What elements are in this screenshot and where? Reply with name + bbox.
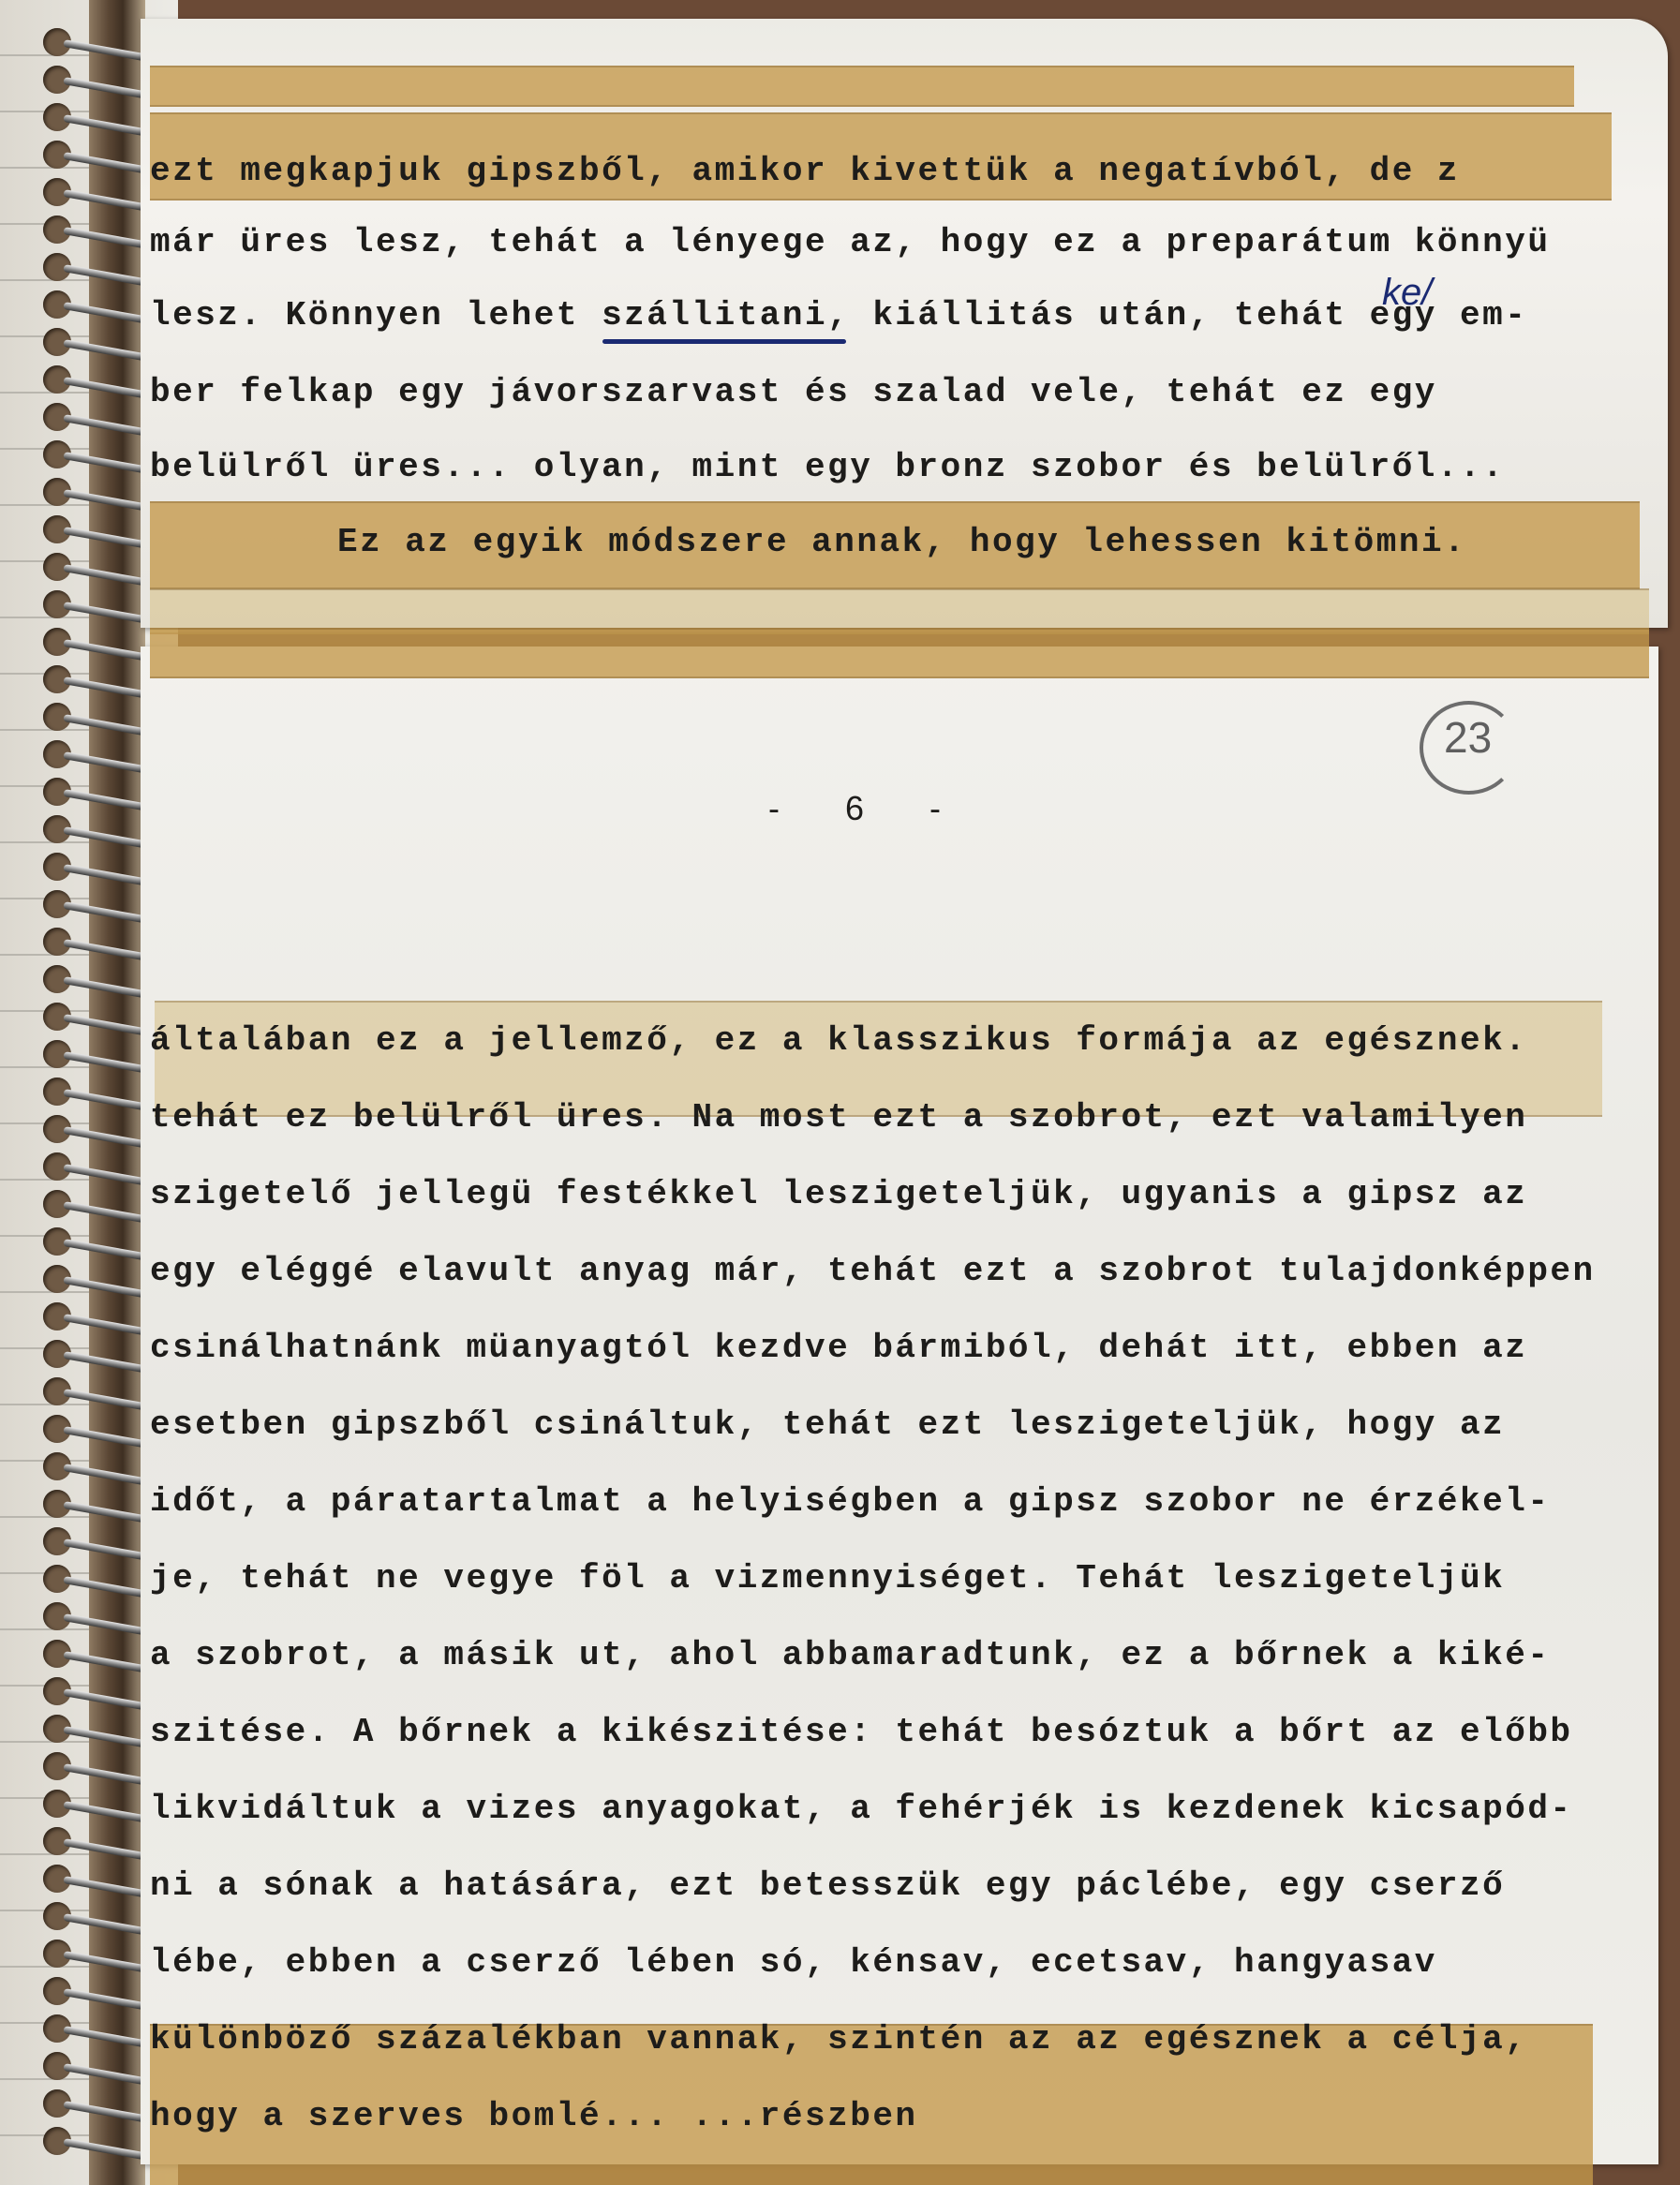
typed-line: ni a sónak a hatására, ezt betesszük egy… <box>150 1866 1505 1905</box>
typed-line: a szobrot, a másik ut, ahol abbamaradtun… <box>150 1636 1550 1674</box>
pencil-page-annotation: 23 <box>1420 701 1518 795</box>
typed-line: je, tehát ne vegye föl a vizmennyiséget.… <box>150 1559 1505 1598</box>
typed-line: ber felkap egy jávorszarvast és szalad v… <box>150 373 1437 411</box>
typed-line: időt, a páratartalmat a helyiségben a gi… <box>150 1482 1550 1521</box>
pen-insertion-mark: ke/ <box>1382 272 1432 314</box>
typed-line: ezt megkapjuk gipszből, amikor kivettük … <box>150 152 1460 190</box>
tape-strip <box>150 66 1574 107</box>
typed-line: esetben gipszből csináltuk, tehát ezt le… <box>150 1405 1505 1444</box>
typed-line: általában ez a jellemző, ez a klasszikus… <box>150 1021 1527 1060</box>
page-number: - 6 - <box>768 789 969 828</box>
typed-line: szitése. A bőrnek a kikészitése: tehát b… <box>150 1713 1573 1751</box>
typed-line: tehát ez belülről üres. Na most ezt a sz… <box>150 1098 1527 1137</box>
typed-line-indented: Ez az egyik módszere annak, hogy lehesse… <box>337 523 1466 561</box>
typed-line: már üres lesz, tehát a lényege az, hogy … <box>150 223 1550 261</box>
typed-line: lébe, ebben a cserző lében só, kénsav, e… <box>150 1943 1437 1982</box>
typed-line: hogy a szerves bomlé... ...részben <box>150 2097 918 2135</box>
typed-line: különböző százalékban vannak, szintén az… <box>150 2020 1527 2059</box>
pen-underline <box>602 339 846 344</box>
typed-line: likvidáltuk a vizes anyagokat, a fehérjé… <box>150 1790 1573 1828</box>
tape-strip <box>150 628 1649 678</box>
typed-line: lesz. Könnyen lehet szállitani, kiállitá… <box>150 296 1527 334</box>
typed-line: szigetelő jellegü festékkel leszigeteljü… <box>150 1175 1527 1213</box>
typed-line: csinálhatnánk müanyagtól kezdve bármiból… <box>150 1329 1527 1367</box>
typed-line: belülről üres... olyan, mint egy bronz s… <box>150 448 1505 486</box>
typed-line: egy eléggé elavult anyag már, tehát ezt … <box>150 1252 1596 1290</box>
